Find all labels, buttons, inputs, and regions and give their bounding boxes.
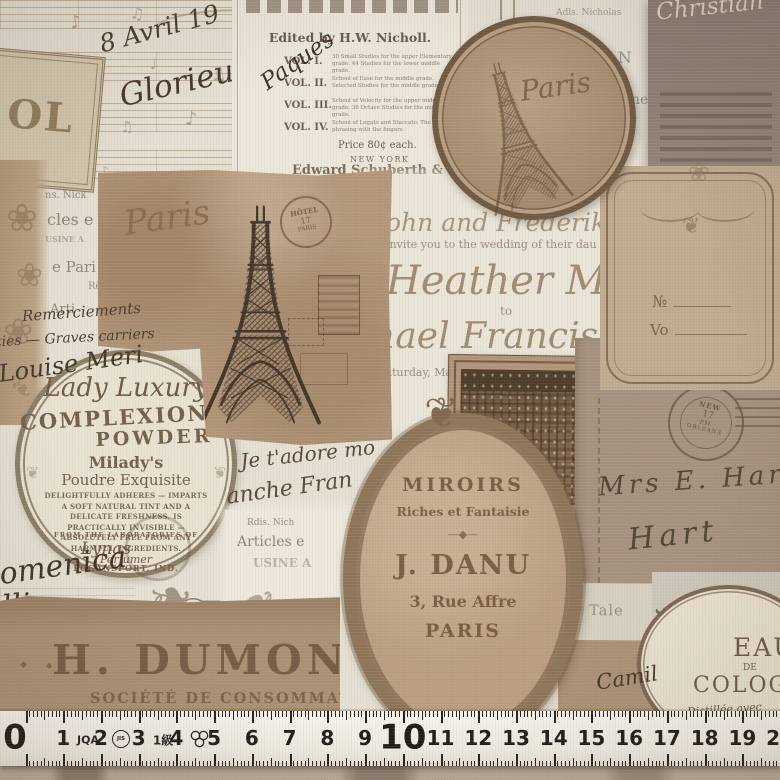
ruler-tick [199,761,200,767]
ruler-tick [105,711,106,717]
ruler-tick [127,711,128,717]
ruler-tick [131,711,132,717]
ruler-tick [448,711,449,717]
ruler-tick [490,761,491,767]
ruler-tick [576,761,577,767]
ruler-tick [282,711,283,717]
ruler-tick [154,761,155,767]
ruler-tick [418,711,419,717]
ruler-tick [486,761,487,767]
print-fragment: Adls. Nicholas [556,8,621,18]
ruler-tick [644,711,645,717]
ruler-tick [176,754,178,766]
ruler-tick [595,761,596,767]
ruler-tick [373,711,374,717]
ruler-tick [395,711,396,717]
ruler-tick [44,758,45,767]
ruler-tick [663,761,664,767]
ruler-tick [686,758,687,767]
ruler-tick [214,754,216,766]
ruler-number: 13 [502,726,530,750]
ruler-tick [256,711,257,717]
ruler-tick [576,711,577,717]
ruler-tick [452,711,453,717]
ruler-tick [188,711,189,717]
cover-border-line [237,0,238,190]
ruler-tick [97,761,98,767]
ruler-tick [395,761,396,767]
ruler-tick [312,761,313,767]
ruler-number: 3 [132,726,146,750]
ruler-tick [516,754,518,766]
ruler-tick [225,761,226,767]
ruler-tick [180,711,181,717]
ruler-tick [48,761,49,767]
ruler-tick [674,761,675,767]
ruler-tick [456,761,457,767]
ruler-tick [467,711,468,717]
ruler-tick [354,761,355,767]
rose-icon: ❀ [6,196,38,240]
ruler-tick [37,711,38,717]
ruler-tick [418,761,419,767]
ruler-tick [697,711,698,717]
fabric-below-ruler [0,766,780,780]
vol-label: VOL. III. [284,100,332,111]
ruler-tick [505,711,506,717]
ruler-tick [312,711,313,717]
ruler-tick [524,711,525,717]
ruler-tick [350,711,351,717]
ruler-tick [614,761,615,767]
ruler-tick [101,754,103,766]
ruler-tick [384,758,385,767]
no-label: № [652,292,667,311]
ruler-tick [739,711,740,717]
miroirs-name: J. DANU [356,550,570,581]
mirror-top-knot: ❦ [424,388,459,437]
ruler-tick [324,711,325,717]
ruler-tick [305,711,306,717]
ruler-tick [82,758,83,767]
ruler-tick [444,761,445,767]
ruler-tick [493,761,494,767]
ruler-tick [37,761,38,767]
ruler-tick [505,761,506,767]
ruler-tick [342,711,343,717]
ruler-tick [124,711,125,717]
ruler-tick [607,711,608,717]
ruler-tick [154,711,155,717]
ruler-tick [150,761,151,767]
ruler-tick [29,761,30,767]
ruler-tick [727,761,728,767]
ruler-tick [67,761,68,767]
ruler-tick [656,761,657,767]
ruler-tick [90,711,91,717]
ruler-tick [346,758,347,767]
postmark-killer-lines [735,398,780,432]
ruler-tick [573,758,574,767]
print-fragment: cles e [47,210,93,229]
ruler-tick [512,711,513,717]
rose-icon: ❀ [16,256,43,294]
ruler-number: 9 [358,726,372,750]
cartouche-vo-line: Vo [650,321,747,339]
ruler-tick [708,761,709,767]
ruler-tick [339,761,340,767]
ruler-tick [754,711,755,717]
ruler-tick [701,761,702,767]
ruler-tick [327,754,329,766]
ruler-tick [278,711,279,717]
ruler-tick [433,761,434,767]
dumont-patch: ◆ ◆ H. DUMONT SOCIÉTÉ DE CONSOMMATION 48… [0,596,340,722]
ruler-tick [652,761,653,767]
ruler-tick [742,711,744,723]
divider-ornament: —◆— [356,528,570,541]
ruler-tick [275,711,276,717]
ruler-tick [399,711,400,717]
ruler-tick [105,761,106,767]
ruler-tick [682,761,683,767]
ruler-number: 17 [653,726,681,750]
ruler-tick [263,711,264,717]
ruler-tick [93,761,94,767]
ruler-tick [218,761,219,767]
ruler-tick [75,761,76,767]
ruler-tick [512,761,513,767]
ruler-tick [184,761,185,767]
ruler-tick [557,761,558,767]
music-score-cover: Edited by H.W. Nicholl. VOL. I. 30 Small… [232,0,468,192]
ruler-tick [565,711,566,717]
garland-flower: ❀ [688,158,710,188]
ruler-tick [78,761,79,767]
ruler-tick [116,711,117,717]
ruler-tick [63,711,65,723]
ruler-tick [218,711,219,717]
ruler-tick [539,711,540,717]
ruler-tick [331,711,332,717]
ruler-tick [708,711,709,717]
ruler-tick [731,711,732,717]
ruler-tick [686,711,687,720]
ruler-tick [591,711,593,723]
ruler-tick [656,711,657,717]
ruler-tick [757,761,758,767]
ruler-tick [433,711,434,717]
ruler-tick [293,711,294,717]
ruler-tick [478,711,480,723]
ruler-tick [437,711,438,717]
centimeter-ruler: JQA JIS 1級 01234567891011121314151617181… [0,711,780,766]
ruler-number: 1 [56,726,70,750]
dumont-line2: SOCIÉTÉ DE CONSOMMATION [90,690,391,707]
ruler-tick [644,761,645,767]
ruler-tick [508,761,509,767]
ruler-tick [324,761,325,767]
ruler-jis-mark: JIS [112,730,130,748]
ruler-tick [671,711,672,717]
ruler-tick [769,711,770,717]
miroirs-title: MIROIRS [356,474,570,496]
ruler-number: 5 [207,726,221,750]
ruler-tick [161,711,162,717]
ruler-tick [316,761,317,767]
ruler-tick [629,711,631,723]
price-line: Price 80¢ each. [338,140,417,151]
ruler-tick [308,758,309,767]
ruler-tick [210,711,211,717]
ruler-tick [637,711,638,717]
ruler-tick [659,761,660,767]
ruler-tick [124,761,125,767]
rococo-cartouche: ❦ ❀ № Vo [600,166,780,390]
print-fragment: Rdis. Nich [247,518,294,528]
cropped-masthead [246,0,458,13]
ruler-tick [320,711,321,717]
ruler-number: 2 [94,726,108,750]
ruler-tick [142,761,143,767]
ruler-tick [290,711,292,723]
ruler-tick [531,761,532,767]
ruler-tick [659,711,660,717]
ruler-number: 16 [615,726,643,750]
ruler-tick [59,711,60,717]
ruler-tick [599,761,600,767]
ruler-tick [203,761,204,767]
ruler-tick [565,761,566,767]
flourish-icon: ❦ [26,463,39,482]
ruler-tick [761,711,762,720]
cologne-line3: COLOGNE [693,673,780,698]
ruler-tick [259,761,260,767]
ruler-tick [437,761,438,767]
ruler-tick [667,711,669,723]
ruler-tick [376,761,377,767]
ruler-tick [727,711,728,717]
ruler-tick [531,711,532,717]
ruler-tick [486,711,487,717]
ruler-tick [67,711,68,717]
ruler-tick [365,754,367,766]
edited-by-line: Edited by H.W. Nicholl. [250,30,450,45]
ruler-tick [350,761,351,767]
ruler-tick [678,711,679,717]
handwritten-address2: Hart [626,513,720,557]
ruler-tick [746,761,747,767]
ruler-tick [335,761,336,767]
ruler-tick [750,761,751,767]
ruler-tick [746,711,747,717]
ruler-tick [282,761,283,767]
ruler-tick [109,761,110,767]
ruler-tick [56,711,57,717]
ruler-tick [731,761,732,767]
ruler-tick [588,761,589,767]
ruler-tick [524,761,525,767]
ruler-tick [331,761,332,767]
ruler-tick [256,761,257,767]
ruler-tick [765,711,766,717]
ruler-tick [508,711,509,717]
ruler-tick [603,761,604,767]
ruler-tick [33,711,34,717]
ruler-tick [633,711,634,717]
ruler-tick [607,761,608,767]
ruler-tick [724,758,725,767]
ruler-tick [86,711,87,717]
ruler-tick [712,711,713,717]
ruler-tick [441,711,443,723]
ruler-tick [474,761,475,767]
ruler-tick [463,761,464,767]
ruler-tick [339,711,340,717]
flourish-icon: ❦ [213,463,226,482]
ruler-tick [358,711,359,717]
ruler-tick [569,711,570,717]
ruler-tick [599,711,600,717]
ruler-tick [214,711,216,723]
ruler-tick [71,761,72,767]
ruler-tick [682,711,683,717]
blank-line [675,333,747,335]
ruler-tick [622,711,623,717]
ruler-tick [376,711,377,717]
ruler-tick [169,711,170,717]
handwritten-franche: anche Fran [225,467,354,509]
miroirs-subtitle: Riches et Fantaisie [356,504,570,519]
ruler-tick [233,758,234,767]
ruler-tick [388,761,389,767]
ruler-tick [135,761,136,767]
vol-label: VOL. IV. [284,122,328,133]
ruler-number: 18 [691,726,719,750]
ruler-number: 8 [320,726,334,750]
ruler-tick [674,711,675,717]
ruler-tick [271,711,272,720]
miroirs-mirror-label: MIROIRS Riches et Fantaisie —◆— J. DANU … [343,413,583,745]
ruler-tick [308,711,309,720]
ruler-tick [765,761,766,767]
label-letters: OL [5,90,76,143]
ruler-tick [720,761,721,767]
ruler-tick [478,754,480,766]
ruler-tick [358,761,359,767]
ruler-tick [52,761,53,767]
print-fragment: e Pari [52,258,96,276]
ruler-tick [693,711,694,717]
ruler-tick [78,711,79,717]
ruler-tick [527,711,528,717]
ruler-tick [716,761,717,767]
ruler-tick [735,711,736,717]
ruler-tick [561,761,562,767]
ruler-tick [701,711,702,717]
ruler-tick [640,761,641,767]
ruler-tick [637,761,638,767]
ruler-number: 20 [766,726,780,750]
ruler-tick [161,761,162,767]
ruler-tick [471,761,472,767]
ruler-tick [229,761,230,767]
ruler-tick [199,711,200,717]
ruler-number: 4 [169,726,183,750]
ruler-tick [410,761,411,767]
ruler-tick [207,761,208,767]
ruler-tick [165,711,166,717]
cologne-line2: DE [743,663,757,673]
ruler-tick [614,711,615,717]
ruler-tick [663,711,664,717]
ruler-tick [542,711,543,717]
ruler-tick [380,711,381,717]
ruler-tick [109,711,110,717]
cartouche-no-line: № [652,292,731,311]
ruler-tick [569,761,570,767]
ruler-tick [263,761,264,767]
ruler-tick [750,711,751,717]
ruler-tick [222,711,223,717]
cologne-line1: EAU [733,633,780,662]
ruler-tick [52,711,53,717]
ruler-tick [327,711,329,723]
ruler-tick [697,761,698,767]
ruler-tick [29,711,30,717]
ruler-tick [41,761,42,767]
ruler-tick [459,711,460,720]
ruler-tick [773,761,774,767]
ruler-tick [207,711,208,717]
handwritten-address1: Mrs E. Har [597,460,780,503]
ruler-tick [101,711,103,723]
ruler-tick [252,754,254,766]
ruler-tick [33,761,34,767]
ruler-tick [233,711,234,720]
print-fragment: USINE A [253,556,311,570]
ruler-tick [158,711,159,720]
ruler-number: 12 [464,726,492,750]
ruler-tick [776,761,777,767]
ruler-tick [75,711,76,717]
ruler-tick [146,711,147,717]
ruler-tick [550,711,551,717]
ruler-tick [407,711,408,717]
ruler-tick [252,711,254,723]
ruler-tick [278,761,279,767]
ruler-tick [59,761,60,767]
ruler-tick [429,761,430,767]
ruler-tick [554,711,556,723]
ruler-tick [135,711,136,717]
ruler-tick [474,711,475,717]
ruler-tick [584,711,585,717]
faded-text-block [660,92,772,177]
ruler-tick [237,761,238,767]
ruler-tick [188,761,189,767]
ruler-number: 11 [427,726,455,750]
ruler-tick [267,761,268,767]
ruler-tick [354,711,355,717]
ruler-tick [539,761,540,767]
ruler-tick [184,711,185,717]
eiffel-tower-drawing [193,192,328,437]
miroirs-address: 3, Rue Affre [356,592,570,611]
ruler-tick [48,711,49,717]
ruler-tick [120,711,121,720]
ruler-tick [490,711,491,717]
